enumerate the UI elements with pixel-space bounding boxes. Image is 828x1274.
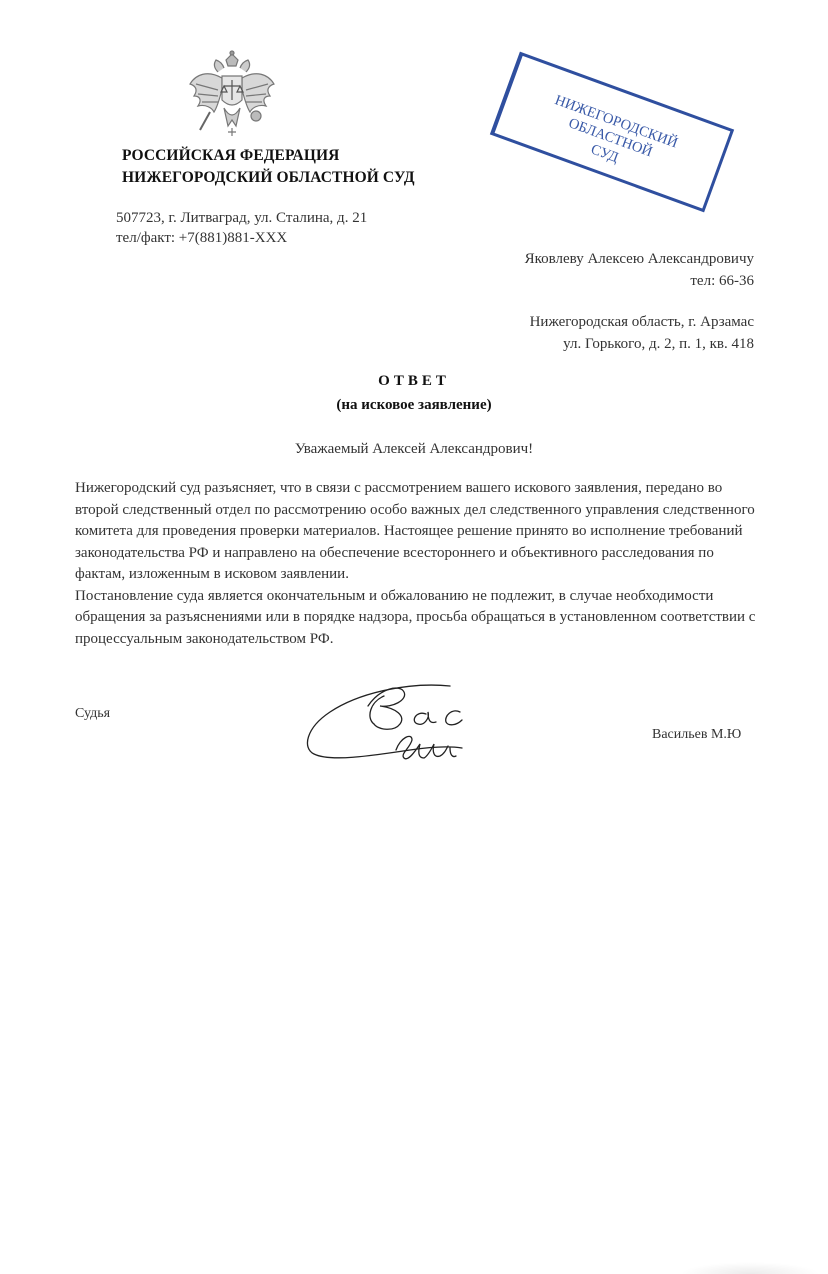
judge-name: Васильев М.Ю [652,727,741,743]
document-subtitle: (на исковое заявление) [0,397,828,414]
page-edge-shadow [680,1262,820,1274]
court-phone: тел/факт: +7(881)881-XXX [116,228,367,248]
body-paragraph: Нижегородский суд разъясняет, что в связ… [75,478,765,586]
org-line-federation: РОССИЙСКАЯ ФЕДЕРАЦИЯ [122,145,415,167]
court-stamp: НИЖЕГОРОДСКИЙ ОБЛАСТНОЙ СУД [490,52,734,213]
body-paragraph: Постановление суда является окончательны… [75,586,765,651]
org-line-court: НИЖЕГОРОДСКИЙ ОБЛАСТНОЙ СУД [122,167,415,189]
court-address-block: 507723, г. Литваград, ул. Сталина, д. 21… [116,208,367,248]
coat-of-arms-icon [188,50,276,142]
recipient-region: Нижегородская область, г. Арзамас [530,311,754,333]
document-body: Нижегородский суд разъясняет, что в связ… [75,478,765,650]
recipient-phone: тел: 66-36 [525,270,754,292]
recipient-name: Яковлеву Алексею Александровичу [525,248,754,270]
document-title: ОТВЕТ [0,373,828,390]
greeting: Уважаемый Алексей Александрович! [0,441,828,458]
recipient-block: Яковлеву Алексею Александровичу тел: 66-… [525,248,754,292]
recipient-address-block: Нижегородская область, г. Арзамас ул. Го… [530,311,754,355]
recipient-street: ул. Горького, д. 2, п. 1, кв. 418 [530,333,754,355]
court-header: РОССИЙСКАЯ ФЕДЕРАЦИЯ НИЖЕГОРОДСКИЙ ОБЛАС… [122,145,415,189]
judge-label: Судья [75,706,110,722]
court-address: 507723, г. Литваград, ул. Сталина, д. 21 [116,208,367,228]
handwritten-signature-icon [300,678,490,778]
